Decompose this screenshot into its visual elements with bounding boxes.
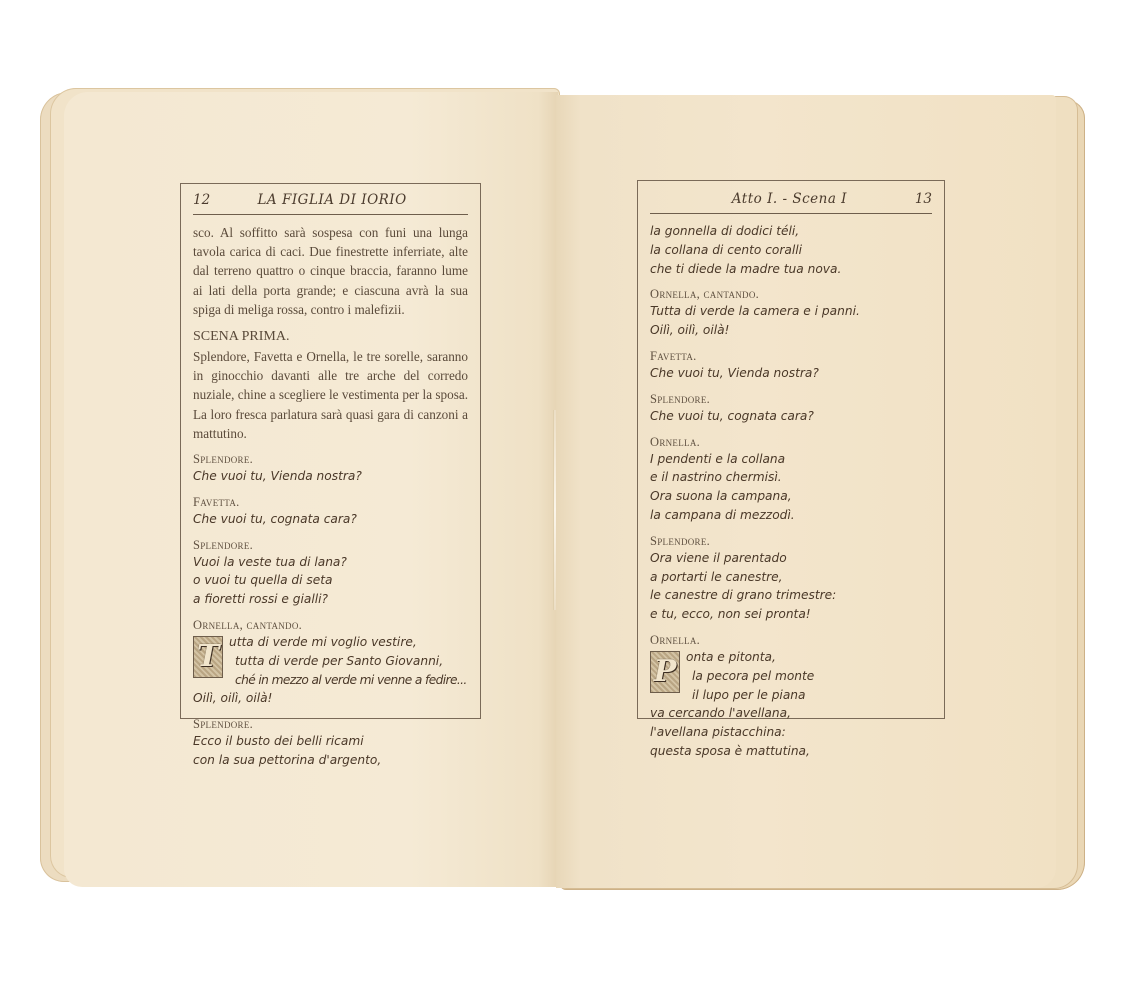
verse-line: Che vuoi tu, Vienda nostra? [193,467,468,486]
verse-line: Tutta di verde la camera e i panni. [650,302,932,321]
running-title: LA FIGLIA DI IORIO [210,192,454,208]
verse-line: o vuoi tu quella di seta [193,571,468,590]
verse-block: Che vuoi tu, Vienda nostra? [650,364,932,383]
speaker-label: Favetta. [650,348,932,364]
speaker-label: Ornella, cantando. [193,617,468,633]
speaker-label: Ornella. [650,434,932,450]
verse-line: a portarti le canestre, [650,568,932,587]
verse-line: che ti diede la madre tua nova. [650,260,932,279]
verse-line: Che vuoi tu, Vienda nostra? [650,364,932,383]
verse-line: e il nastrino chermisì. [650,468,932,487]
verse-line: il lupo per le piana [686,686,814,705]
verse-block: Ora viene il parentado a portarti le can… [650,549,932,624]
verse-line: e tu, ecco, non sei pronta! [650,605,932,624]
verse-line: Che vuoi tu, cognata cara? [650,407,932,426]
scene-heading: SCENA PRIMA. [193,328,468,346]
verse-block: va cercando l'avellana, l'avellana pista… [650,704,932,760]
open-book: 12 LA FIGLIA DI IORIO sco. Al soffitto s… [0,0,1137,1000]
stage-direction: Splendore, Favetta e Ornella, le tre sor… [193,347,468,443]
speaker-label: Splendore. [650,391,932,407]
verse-block: Ecco il busto dei belli ricami con la su… [193,732,468,770]
left-page-text-frame: 12 LA FIGLIA DI IORIO sco. Al soffitto s… [180,183,481,719]
verse-block: Tutta di verde la camera e i panni. Oilì… [650,302,932,340]
right-running-head: Atto I. - Scena I 13 [650,191,932,214]
verse-line: Ora viene il parentado [650,549,932,568]
right-page-text-frame: Atto I. - Scena I 13 la gonnella di dodi… [637,180,945,719]
verse-line: ché in mezzo al verde mi venne a fedire.… [229,671,467,690]
verse-line: onta e pitonta, [686,648,814,667]
verse-line: Che vuoi tu, cognata cara? [193,510,468,529]
speaker-label: Splendore. [650,533,932,549]
verse-line: Ora suona la campana, [650,487,932,506]
dropcap-verse: T utta di verde mi voglio vestire, tutta… [193,633,468,689]
verse-block: I pendenti e la collana e il nastrino ch… [650,450,932,525]
verse-line: va cercando l'avellana, [650,704,932,723]
speaker-label: Splendore. [193,451,468,467]
verse-line: la campana di mezzodì. [650,506,932,525]
verse-line: con la sua pettorina d'argento, [193,751,468,770]
verse-block: Vuoi la veste tua di lana? o vuoi tu que… [193,553,468,609]
binding-thread [553,410,556,610]
verse-line: l'avellana pistacchina: [650,723,932,742]
speaker-label: Splendore. [193,537,468,553]
verse-line: Vuoi la veste tua di lana? [193,553,468,572]
verse-block: Che vuoi tu, cognata cara? [193,510,468,529]
stage-description: sco. Al soffitto sarà sospesa con funi u… [193,223,468,319]
verse-line: la collana di cento coralli [650,241,932,260]
speaker-label: Splendore. [193,716,468,732]
ornamental-dropcap-icon: T [193,636,223,678]
running-title: Atto I. - Scena I [664,191,915,207]
verse-line: I pendenti e la collana [650,450,932,469]
speaker-label: Ornella. [650,632,932,648]
verse-line: Oilì, oilì, oilà! [193,689,468,708]
verse-block: Oilì, oilì, oilà! [193,689,468,708]
page-number: 12 [193,192,210,208]
verse-line: tutta di verde per Santo Giovanni, [229,652,467,671]
verse-line: Oilì, oilì, oilà! [650,321,932,340]
speaker-label: Ornella, cantando. [650,286,932,302]
page-number: 13 [915,191,932,207]
speaker-label: Favetta. [193,494,468,510]
dropcap-verse: P onta e pitonta, la pecora pel monte il… [650,648,932,704]
verse-block: Che vuoi tu, cognata cara? [650,407,932,426]
verse-block: la gonnella di dodici téli, la collana d… [650,222,932,278]
left-running-head: 12 LA FIGLIA DI IORIO [193,192,468,215]
verse-block: Che vuoi tu, Vienda nostra? [193,467,468,486]
ornamental-dropcap-icon: P [650,651,680,693]
verse-line: Ecco il busto dei belli ricami [193,732,468,751]
verse-line: a fioretti rossi e gialli? [193,590,468,609]
verse-line: questa sposa è mattutina, [650,742,932,761]
verse-line: utta di verde mi voglio vestire, [229,633,467,652]
verse-line: la pecora pel monte [686,667,814,686]
verse-line: la gonnella di dodici téli, [650,222,932,241]
verse-line: le canestre di grano trimestre: [650,586,932,605]
